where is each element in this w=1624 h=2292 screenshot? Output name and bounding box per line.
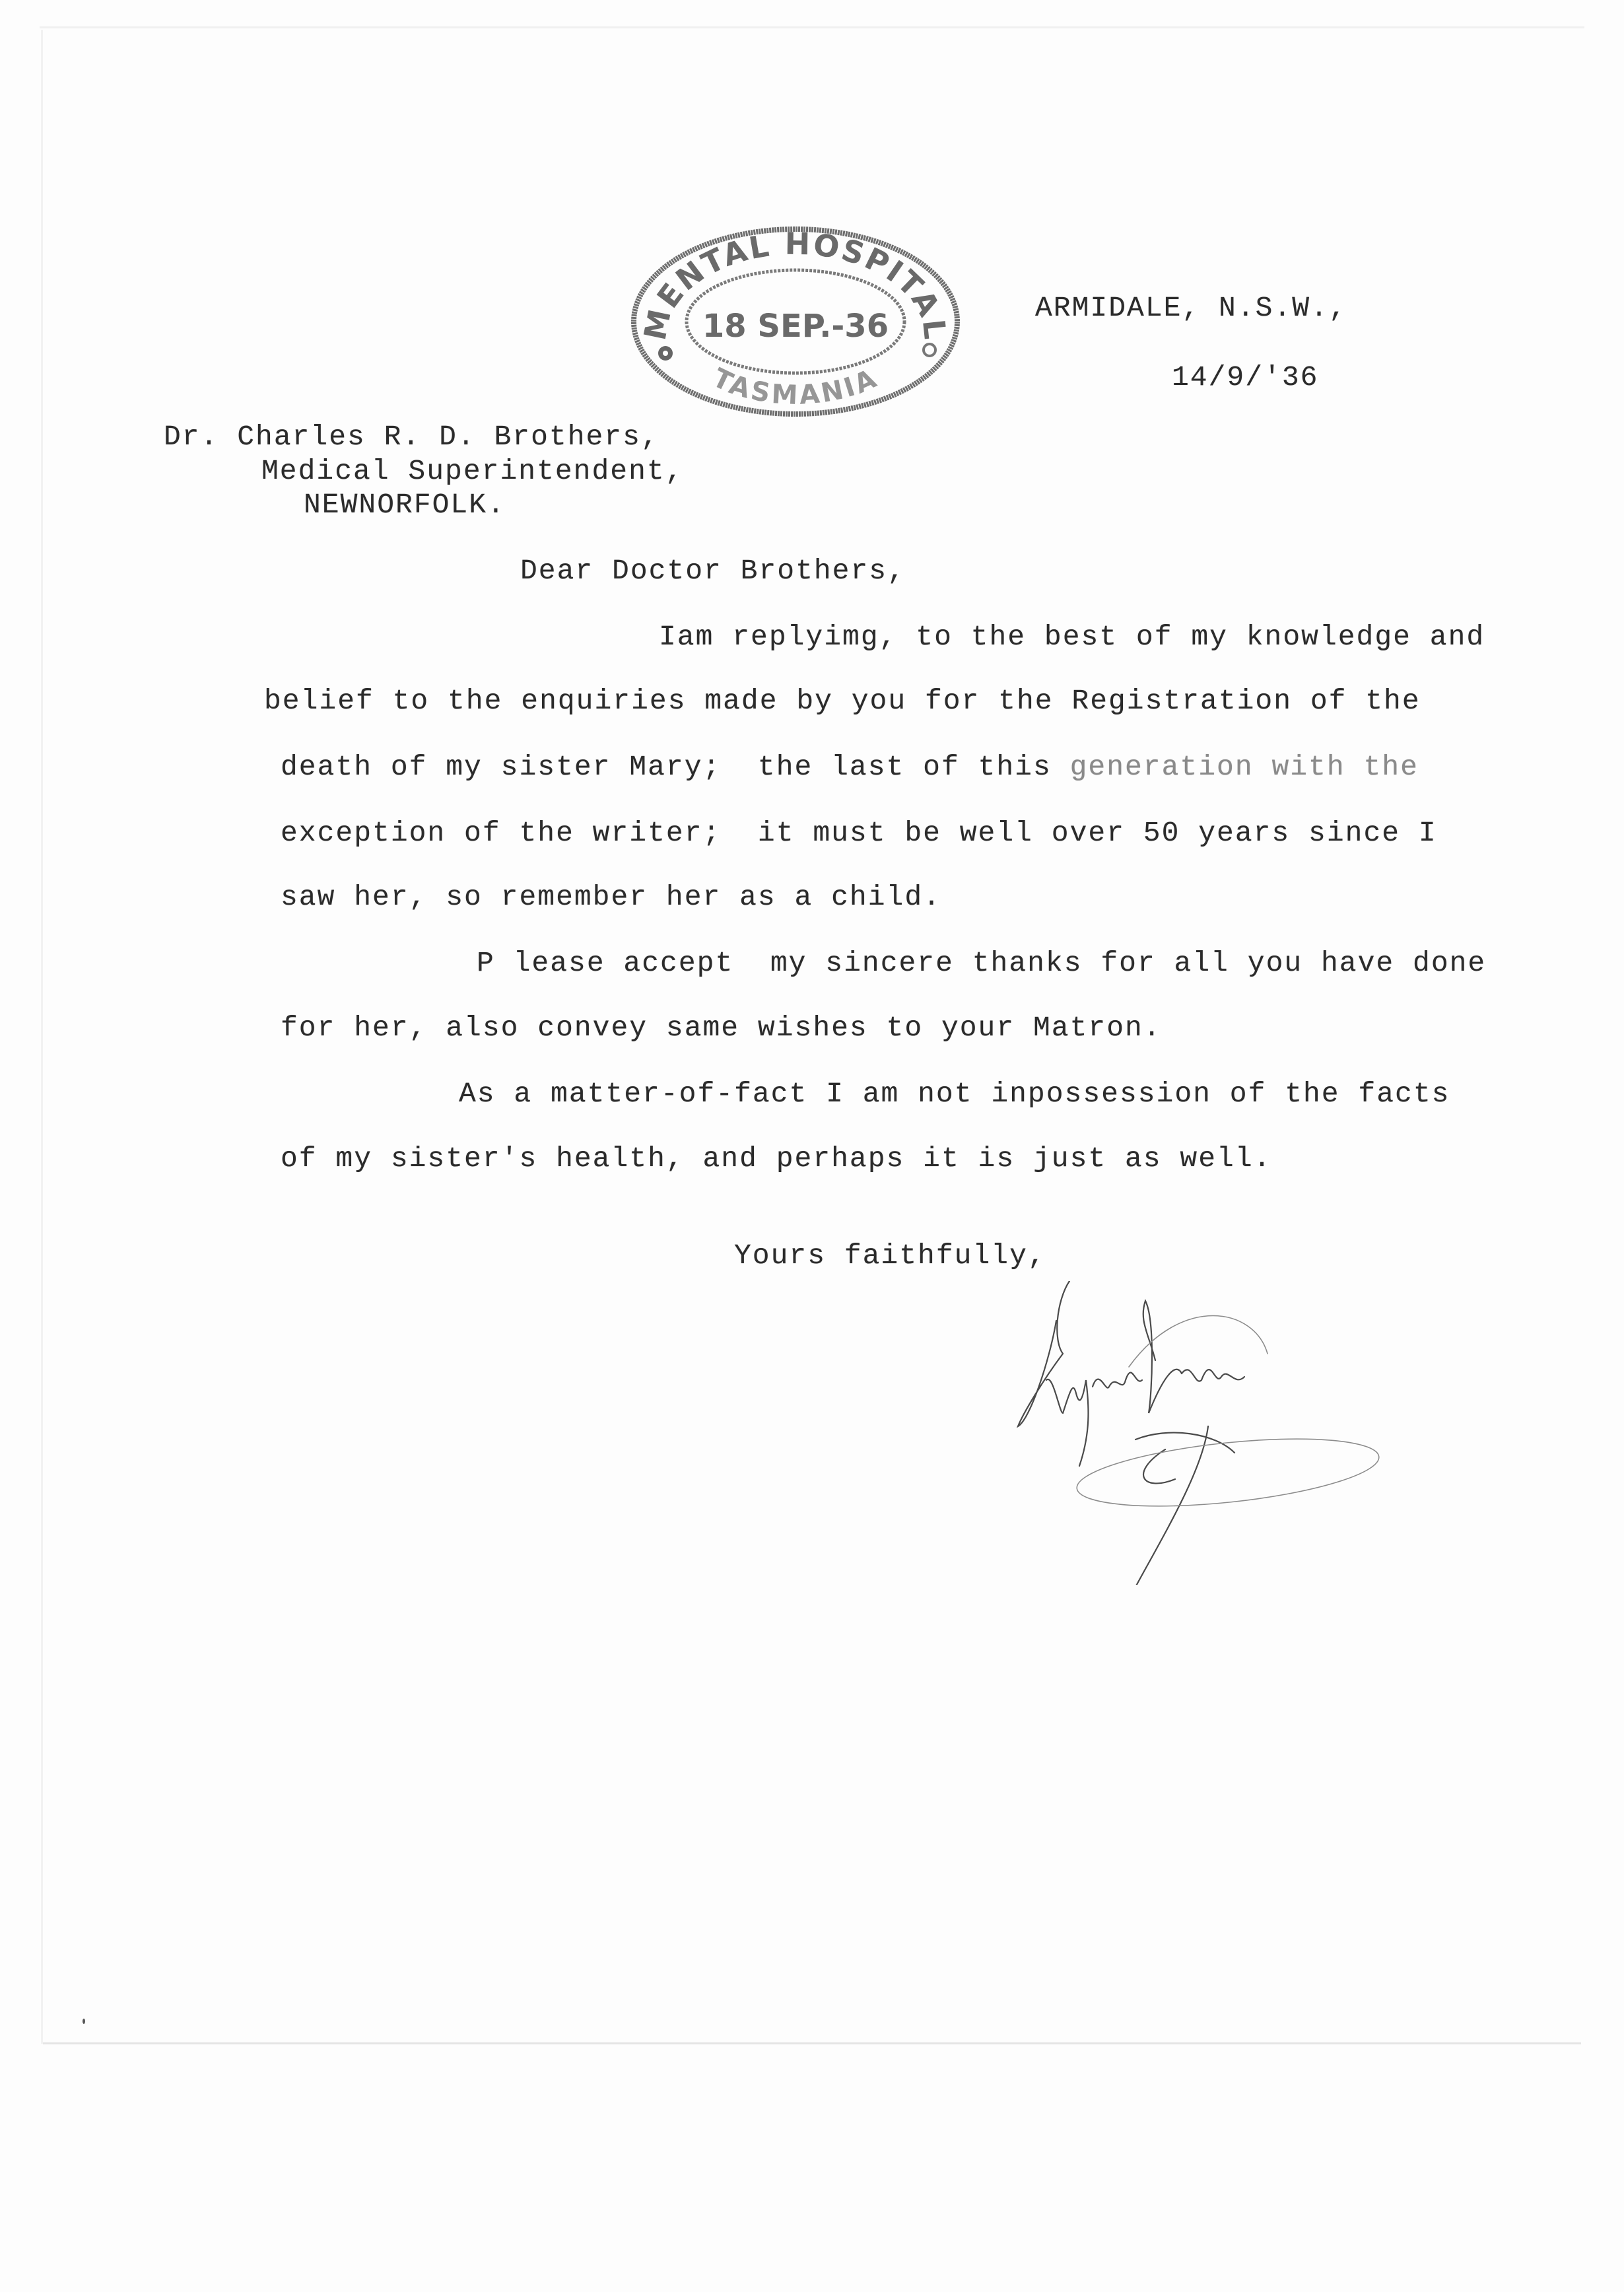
mental-hospital-stamp: MENTAL HOSPITAL TASMANIA 18 SEP.-36 <box>627 221 964 419</box>
body-line-text: death of my sister Mary; the last of thi… <box>281 751 1070 783</box>
faded-text: generation with the <box>1070 751 1419 783</box>
stamp-date: 18 SEP.-36 <box>702 308 889 345</box>
body-line: death of my sister Mary; the last of thi… <box>281 753 1419 781</box>
recipient-title: Medical Superintendent, <box>261 457 684 485</box>
page-edge-bottom <box>43 2042 1581 2044</box>
signature <box>1017 1281 1492 1585</box>
recipient-name: Dr. Charles R. D. Brothers, <box>164 423 660 451</box>
letter-date: 14/9/'36 <box>1172 363 1318 392</box>
body-line: Iam replyimg, to the best of my knowledg… <box>659 623 1485 651</box>
sender-place: ARMIDALE, N.S.W., <box>1035 294 1347 322</box>
body-line: P lease accept my sincere thanks for all… <box>477 949 1486 977</box>
closing: Yours faithfully, <box>734 1241 1046 1270</box>
stamp-bottom-text: TASMANIA <box>708 363 883 411</box>
page-edge-left <box>41 30 43 2044</box>
svg-text:TASMANIA: TASMANIA <box>708 363 883 411</box>
salutation: Dear Doctor Brothers, <box>520 557 906 585</box>
body-line: belief to the enquiries made by you for … <box>264 687 1421 715</box>
stamp-star-icon <box>924 344 935 356</box>
body-line: saw her, so remember her as a child. <box>281 883 941 911</box>
page-edge-top <box>40 26 1584 28</box>
body-line: exception of the writer; it must be well… <box>281 819 1437 847</box>
body-line: for her, also convey same wishes to your… <box>281 1014 1162 1042</box>
ink-speck <box>83 2019 85 2024</box>
body-line: As a matter-of-fact I am not inpossessio… <box>459 1080 1450 1108</box>
recipient-location: NEWNORFOLK. <box>304 491 506 519</box>
body-line: of my sister's health, and perhaps it is… <box>281 1144 1271 1173</box>
signature-graphic <box>1017 1281 1492 1585</box>
stamp-graphic: MENTAL HOSPITAL TASMANIA 18 SEP.-36 <box>627 221 964 419</box>
